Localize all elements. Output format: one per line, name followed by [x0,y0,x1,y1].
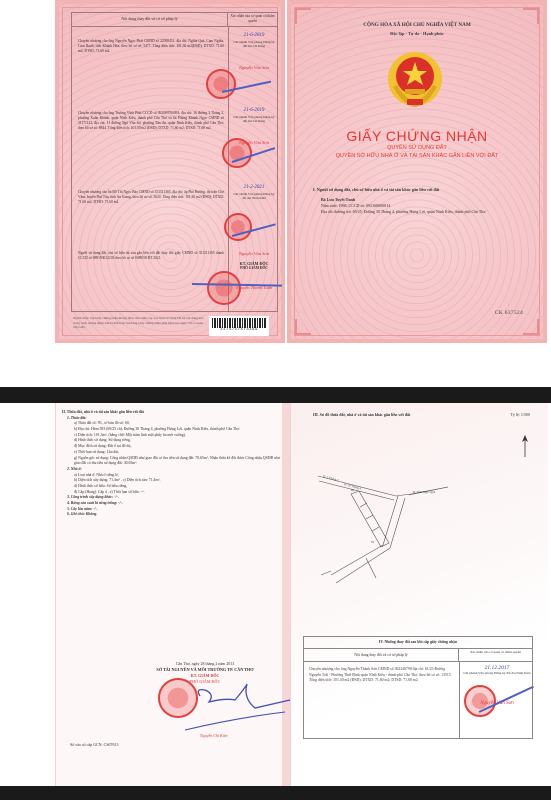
confirmation-date: 21-6-2019 [232,33,276,40]
owner-section: I. Người sử dụng đất, chủ sở hữu nhà ở v… [313,187,528,214]
certificate-serial: CK 637524 [495,310,523,316]
footnote: Người được cấp Giấy chứng nhận không đượ… [73,316,207,330]
red-seal-stamp [224,213,252,241]
column-divider [228,27,229,311]
red-seal-stamp [206,69,236,99]
section4-col-content: Nội dung thay đổi và cơ sở pháp lý [304,649,459,661]
column-divider [459,662,460,738]
national-emblem-icon [383,49,447,113]
national-motto: Độc lập - Tự do - Hạnh phúc [291,31,543,36]
change-entry-1: Chuyển nhượng cho ông Nguyễn Ngọc Phát C… [78,39,224,54]
certificate-subtitle-2: QUYỀN SỞ HỮU NHÀ Ở VÀ TÀI SẢN KHÁC GẮN L… [291,153,543,159]
land-item: g) Nguồn gốc sử dụng: Công nhận QSDĐ như… [74,456,284,467]
parcel-sketch-map: Đ. 3 Tháng 2 Đ. 30 Tháng 4 Đ. Trần Ngọc … [291,403,549,633]
section4-header: Nội dung thay đổi và cơ sở pháp lý Xác n… [304,649,532,662]
land-house-section: II. Thửa đất, nhà ở và tài sản khác gắn … [62,410,284,518]
section4-col-confirm: Xác nhận của cơ quan có thẩm quyền [459,649,532,661]
owner-address: Địa chỉ thường trú: 69/25, Đường 30 Thán… [321,209,528,215]
change-entry-2: Chuyển nhượng cho ông Trương Vĩnh Phát C… [78,111,224,130]
bottom-scan-sheet: III. Sơ đồ thửa đất, nhà ở và tài sản kh… [0,403,551,786]
road-label: Đ. Trần Ngọc Quế [413,490,436,494]
section4-office: Chi nhánh Văn phòng Đăng ký đất đai Ninh… [463,671,531,675]
svg-text:93: 93 [371,540,375,544]
svg-text:60: 60 [351,488,355,492]
top-scan-sheet: Nội dung thay đổi và cơ sở pháp lý Xác n… [0,0,551,387]
change-entry-4: Người sử dụng đất, chủ sở hữu tài sản gắ… [78,251,224,261]
confirmation-3: 21-2-2021 Chi nhánh Văn phòng Đăng ký đấ… [232,185,276,201]
national-header: CỘNG HÒA XÃ HỘI CHỦ NGHĨA VIỆT NAM [291,22,543,28]
section4-entry: Chuyển nhượng cho ông Nguyễn Thành Sơn C… [309,667,455,684]
confirmation-office: Chi nhánh Văn phòng Đăng ký đất đai Cái … [232,115,276,124]
owner-section-heading: I. Người sử dụng đất, chủ sở hữu nhà ở v… [313,187,528,193]
confirmation-signer: Nguyễn Văn Sơn [232,65,276,71]
changes-page: Nội dung thay đổi và cơ sở pháp lý Xác n… [55,0,285,343]
confirmation-date: 21-2-2021 [232,185,276,192]
red-seal-stamp [464,685,496,717]
cover-page: CỘNG HÒA XÃ HỘI CHỦ NGHĨA VIỆT NAM Độc l… [287,0,547,343]
red-seal-stamp [207,271,241,305]
confirmation-office: Chi nhánh Văn phòng Đăng ký đất đai Ninh… [232,192,276,201]
barcode-bars [212,318,266,328]
barcode-number: 3174717573399 [212,328,266,332]
certificate-title: GIẤY CHỨNG NHẬN [291,128,543,144]
handwritten-signature [165,678,295,738]
confirmation-office: Chi nhánh Văn phòng Đăng ký đất đai Cái … [232,40,276,49]
corner-ornament [523,319,539,335]
road-label: Đ. 3 Tháng 2 [323,474,340,482]
gcn-register-number: Số vào sổ cấp GCN: CS07613 [70,742,119,747]
changes-table-header: Nội dung thay đổi và cơ sở pháp lý Xác n… [72,13,277,27]
section4-title: IV. Những thay đổi sau khi cấp giấy chứn… [304,637,532,649]
map-page: III. Sơ đồ thửa đất, nhà ở và tài sản kh… [290,403,548,786]
change-entry-3: Chuyển nhượng cho bà Đỗ Thị Ngọc Bảo CMN… [78,190,224,205]
confirmation-1: 21-6-2019 Chi nhánh Văn phòng Đăng ký đấ… [232,33,276,71]
col-content-header: Nội dung thay đổi và cơ sở pháp lý [72,13,228,26]
certificate-subtitle-1: QUYỀN SỬ DỤNG ĐẤT [291,145,543,151]
confirmation-date: 21-6-2019 [232,108,276,115]
red-seal-stamp [222,138,252,168]
changes-after-issue-table: IV. Những thay đổi sau khi cấp giấy chứn… [303,636,533,739]
other-item: 6. Ghi chú: Không. [67,512,284,518]
barcode: 3174717573399 [209,316,269,336]
col-confirm-header: Xác nhận của cơ quan có thẩm quyền [228,13,277,26]
corner-ornament [295,319,311,335]
changes-table: Nội dung thay đổi và cơ sở pháp lý Xác n… [71,12,278,312]
